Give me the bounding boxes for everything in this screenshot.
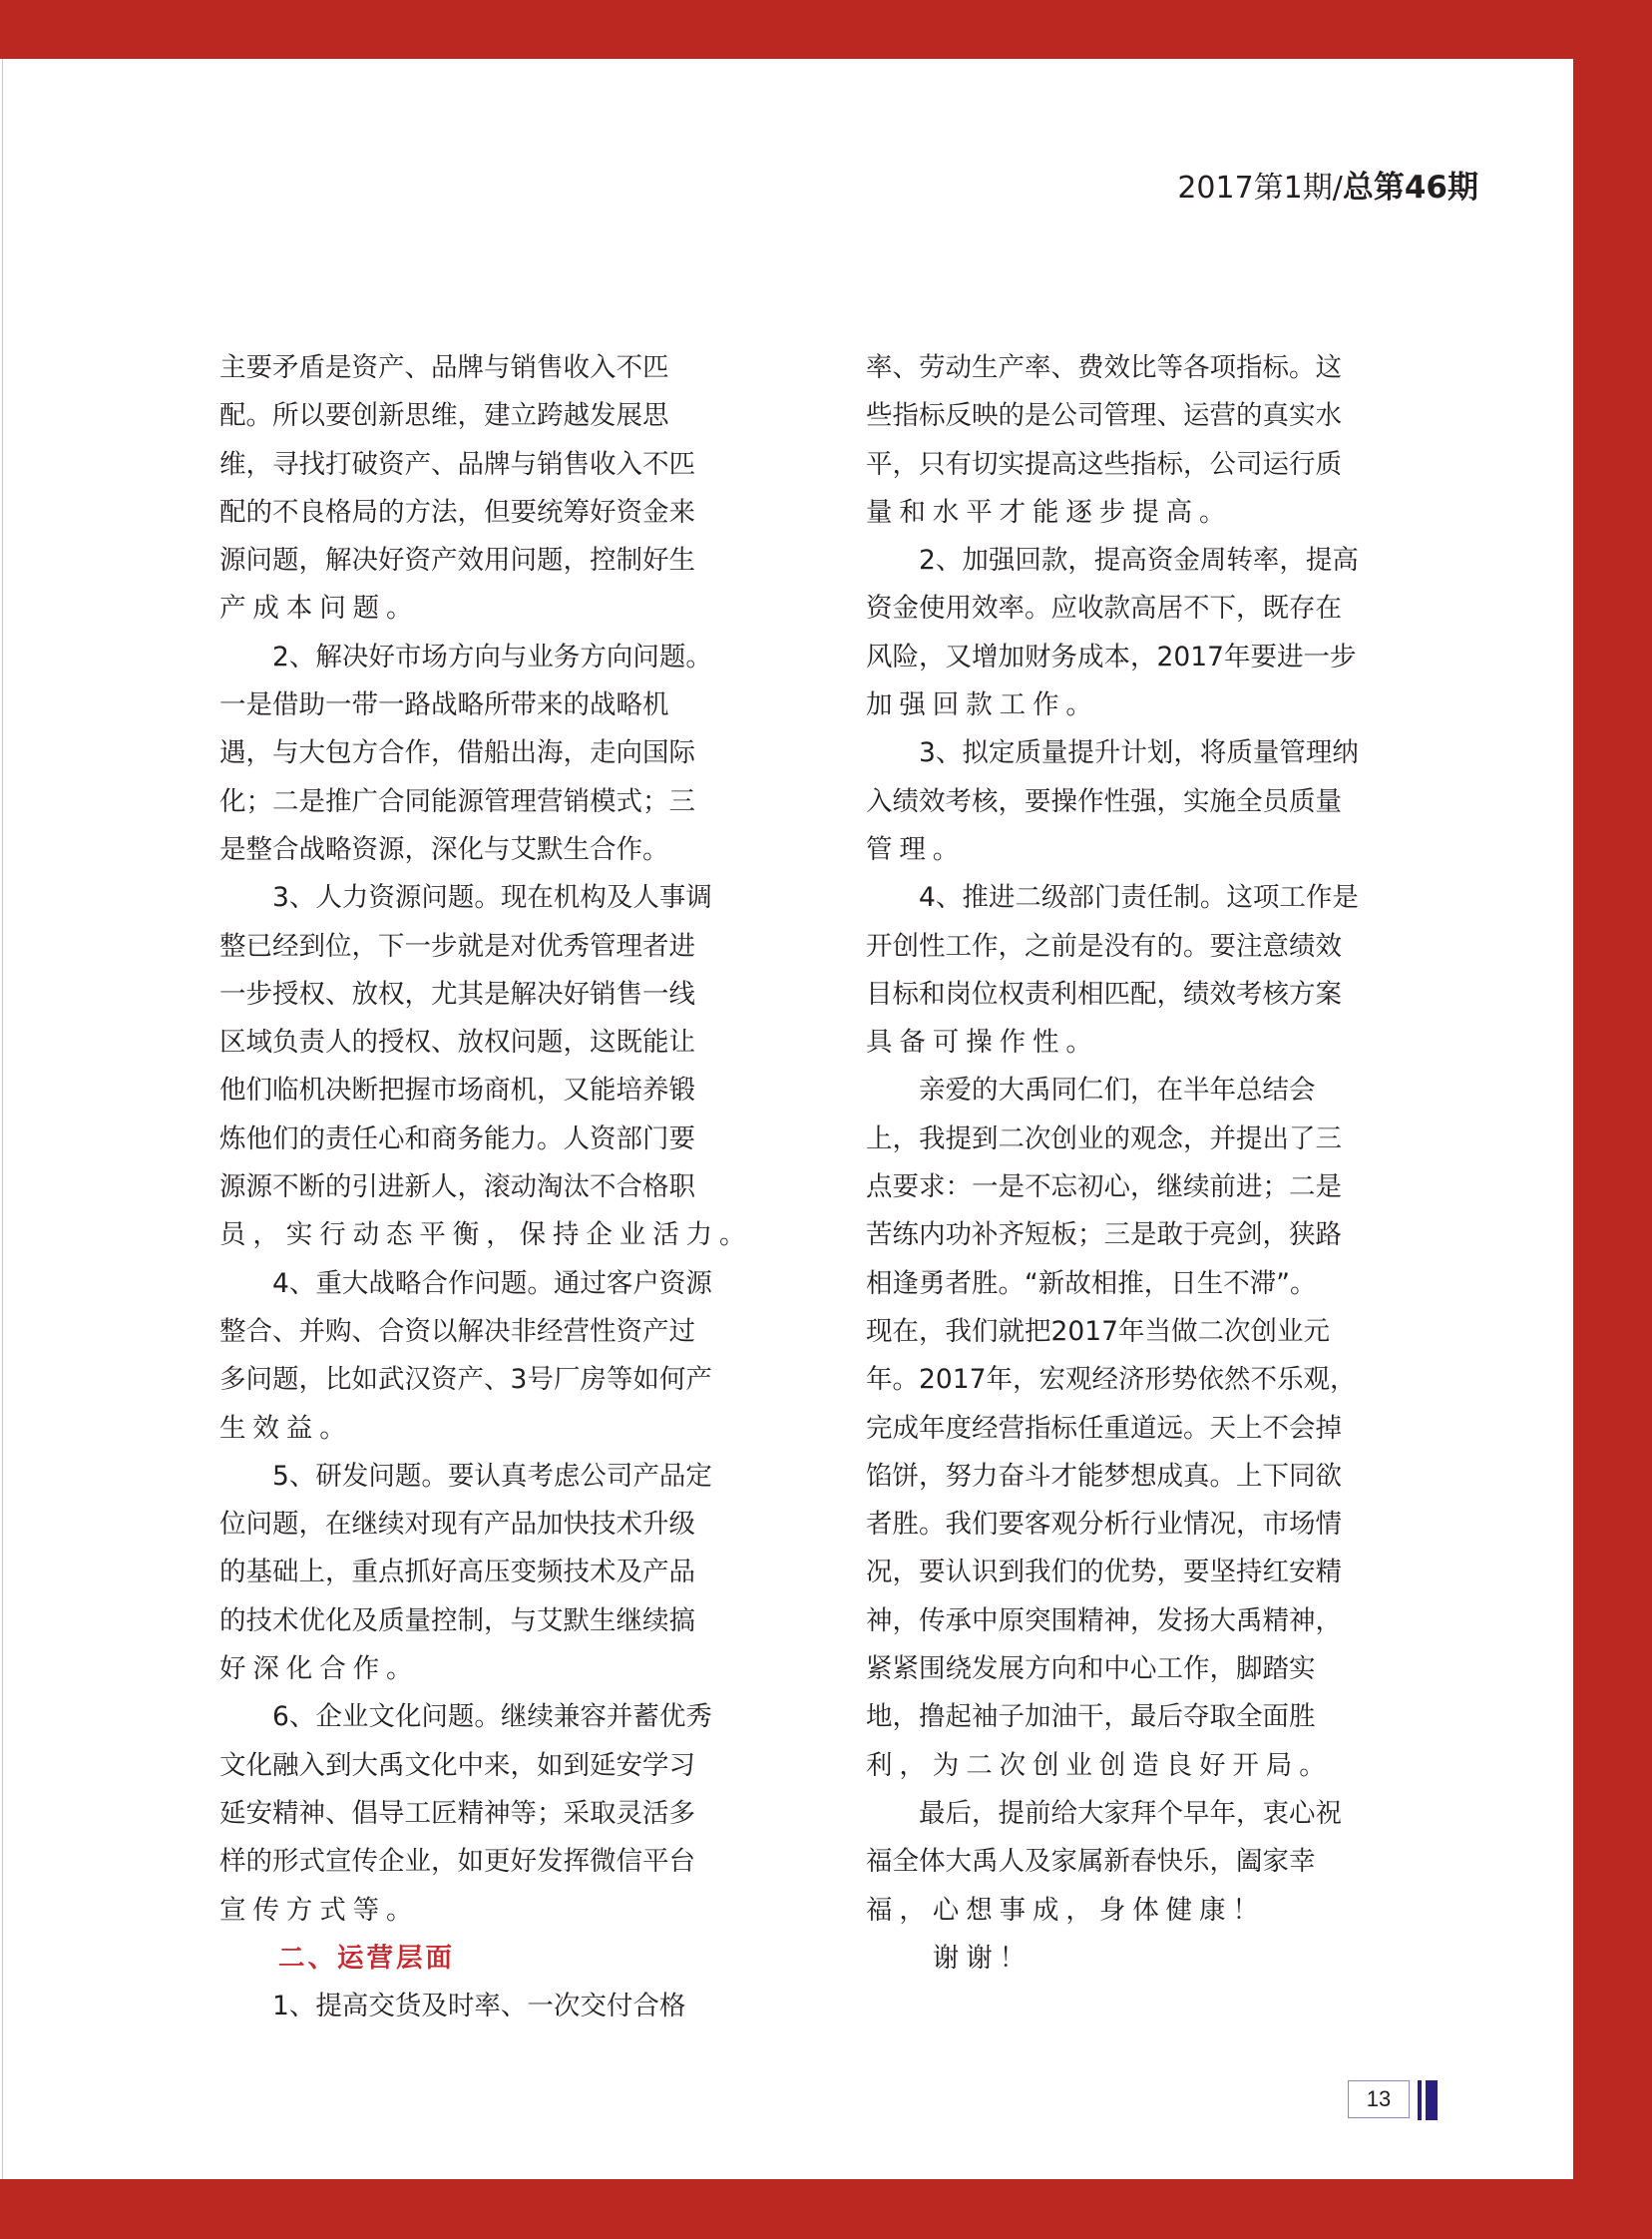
text-line: 多问题，比如武汉资产、3号厂房等如何产: [219, 1356, 790, 1404]
text-line: 源源不断的引进新人，滚动淘汰不合格职: [219, 1163, 790, 1211]
text-line: 整已经到位，下一步就是对优秀管理者进: [219, 923, 790, 971]
text-line: 遇，与大包方合作，借船出海，走向国际: [219, 729, 790, 777]
text-line: 目标和岗位权责利相匹配，绩效考核方案: [866, 971, 1437, 1019]
text-line: 4、重大战略合作问题。通过客户资源: [219, 1260, 790, 1308]
text-line: 的基础上，重点抓好高压变频技术及产品: [219, 1549, 790, 1596]
left-edge-line: [2, 59, 3, 2179]
text-line: 3、拟定质量提升计划，将质量管理纳: [866, 729, 1437, 777]
text-line: 他们临机决断把握市场商机，又能培养锻: [219, 1067, 790, 1115]
text-line: 样的形式宣传企业，如更好发挥微信平台: [219, 1838, 790, 1886]
issue-total-number: 总第46期: [1343, 170, 1478, 206]
text-line: 最后，提前给大家拜个早年，衷心祝: [866, 1790, 1437, 1838]
text-line: 平，只有切实提高这些指标，公司运行质: [866, 441, 1437, 489]
text-line: 宣传方式等。: [219, 1887, 790, 1935]
right-red-border: [1573, 0, 1652, 2239]
text-line: 福全体大禹人及家属新春快乐，阖家幸: [866, 1838, 1437, 1886]
page-number: 13: [1348, 2080, 1410, 2118]
text-line: 维，寻找打破资产、品牌与销售收入不匹: [219, 441, 790, 489]
text-line: 主要矛盾是资产、品牌与销售收入不匹: [219, 344, 790, 392]
text-line: 一是借助一带一路战略所带来的战略机: [219, 681, 790, 729]
text-line: 1、提高交货及时率、一次交付合格: [219, 1983, 790, 2030]
text-line: 是整合战略资源，深化与艾默生合作。: [219, 826, 790, 874]
text-line: 5、研发问题。要认真考虑公司产品定: [219, 1453, 790, 1501]
right-column: 率、劳动生产率、费效比等各项指标。这些指标反映的是公司管理、运营的真实水平，只有…: [866, 344, 1437, 1983]
text-line: 况，要认识到我们的优势，要坚持红安精: [866, 1549, 1437, 1596]
text-line: 加强回款工作。: [866, 681, 1437, 729]
right-column-body: 率、劳动生产率、费效比等各项指标。这些指标反映的是公司管理、运营的真实水平，只有…: [866, 344, 1437, 1983]
section-heading: 二、运营层面: [219, 1935, 790, 1983]
text-line: 区域负责人的授权、放权问题，这既能让: [219, 1019, 790, 1067]
text-line: 率、劳动生产率、费效比等各项指标。这: [866, 344, 1437, 392]
text-line: 位问题，在继续对现有产品加快技术升级: [219, 1501, 790, 1549]
text-line: 入绩效考核，要操作性强，实施全员质量: [866, 778, 1437, 826]
text-line: 些指标反映的是公司管理、运营的真实水: [866, 392, 1437, 440]
text-line: 开创性工作，之前是没有的。要注意绩效: [866, 923, 1437, 971]
text-line: 管理。: [866, 826, 1437, 874]
text-line: 6、企业文化问题。继续兼容并蓄优秀: [219, 1693, 790, 1741]
text-line: 一步授权、放权，尤其是解决好销售一线: [219, 971, 790, 1019]
text-line: 的技术优化及质量控制，与艾默生继续搞: [219, 1597, 790, 1645]
issue-header: 2017第1期/总第46期: [1177, 168, 1478, 209]
top-red-border: [0, 0, 1652, 59]
text-line: 源问题，解决好资产效用问题，控制好生: [219, 537, 790, 585]
text-line: 现在，我们就把2017年当做二次创业元: [866, 1308, 1437, 1356]
text-line: 年。2017年，宏观经济形势依然不乐观，: [866, 1356, 1437, 1404]
text-line: 利，为二次创业创造良好开局。: [866, 1742, 1437, 1790]
text-line: 具备可操作性。: [866, 1019, 1437, 1067]
text-line: 苦练内功补齐短板；三是敢于亮剑，狭路: [866, 1211, 1437, 1259]
text-line: 上，我提到二次创业的观念，并提出了三: [866, 1116, 1437, 1163]
text-line: 地，撸起袖子加油干，最后夺取全面胜: [866, 1693, 1437, 1741]
text-line: 好深化合作。: [219, 1645, 790, 1693]
text-line: 风险，又增加财务成本，2017年要进一步: [866, 634, 1437, 681]
left-column-after-heading: 1、提高交货及时率、一次交付合格: [219, 1983, 790, 2030]
text-line: 延安精神、倡导工匠精神等；采取灵活多: [219, 1790, 790, 1838]
page-marker-bar-thick: [1426, 2080, 1438, 2120]
text-line: 福，心想事成，身体健康！: [866, 1887, 1437, 1935]
text-line: 点要求：一是不忘初心，继续前进；二是: [866, 1163, 1437, 1211]
left-column-body: 主要矛盾是资产、品牌与销售收入不匹配。所以要创新思维，建立跨越发展思维，寻找打破…: [219, 344, 790, 1935]
text-line: 馅饼，努力奋斗才能梦想成真。上下同欲: [866, 1453, 1437, 1501]
text-line: 炼他们的责任心和商务能力。人资部门要: [219, 1116, 790, 1163]
text-line: 员，实行动态平衡，保持企业活力。: [219, 1211, 790, 1259]
text-line: 神，传承中原突围精神，发扬大禹精神，: [866, 1597, 1437, 1645]
text-line: 文化融入到大禹文化中来，如到延安学习: [219, 1742, 790, 1790]
page-marker-bar-thin: [1418, 2080, 1422, 2120]
text-line: 量和水平才能逐步提高。: [866, 489, 1437, 537]
text-line: 紧紧围绕发展方向和中心工作，脚踏实: [866, 1645, 1437, 1693]
left-column: 主要矛盾是资产、品牌与销售收入不匹配。所以要创新思维，建立跨越发展思维，寻找打破…: [219, 344, 790, 2030]
text-line: 者胜。我们要客观分析行业情况，市场情: [866, 1501, 1437, 1549]
text-line: 2、加强回款，提高资金周转率，提高: [866, 537, 1437, 585]
text-line: 化；二是推广合同能源管理营销模式；三: [219, 778, 790, 826]
text-line: 产成本问题。: [219, 585, 790, 633]
text-line: 亲爱的大禹同仁们，在半年总结会: [866, 1067, 1437, 1115]
text-line: 3、人力资源问题。现在机构及人事调: [219, 874, 790, 922]
text-line: 完成年度经营指标任重道远。天上不会掉: [866, 1405, 1437, 1453]
text-line: 整合、并购、合资以解决非经营性资产过: [219, 1308, 790, 1356]
text-line: 配。所以要创新思维，建立跨越发展思: [219, 392, 790, 440]
text-line: 2、解决好市场方向与业务方向问题。: [219, 634, 790, 681]
text-line: 4、推进二级部门责任制。这项工作是: [866, 874, 1437, 922]
bottom-red-border: [0, 2179, 1652, 2239]
issue-number: 2017第1期/: [1177, 171, 1343, 206]
text-line: 谢谢！: [866, 1935, 1437, 1983]
text-line: 相逢勇者胜。“新故相推，日生不滞”。: [866, 1260, 1437, 1308]
text-line: 资金使用效率。应收款高居不下，既存在: [866, 585, 1437, 633]
text-line: 配的不良格局的方法，但要统筹好资金来: [219, 489, 790, 537]
text-line: 生效益。: [219, 1405, 790, 1453]
